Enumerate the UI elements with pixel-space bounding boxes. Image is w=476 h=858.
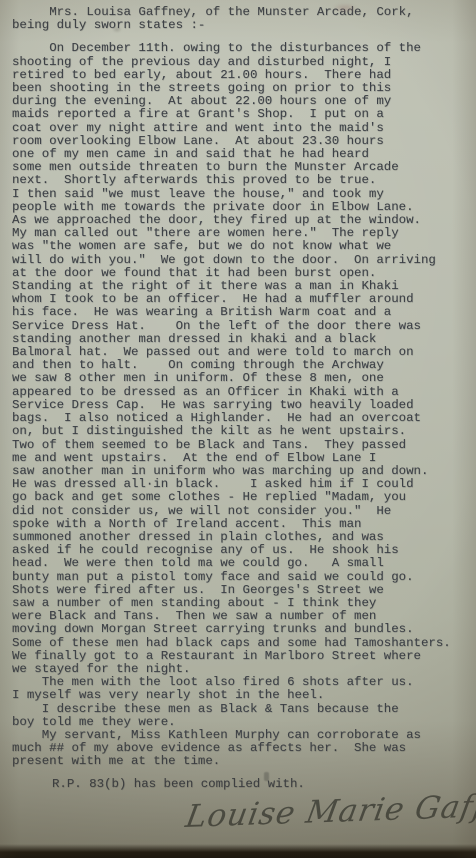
statement-paragraph-2: The men with the loot also fired 6 shots…	[12, 676, 472, 702]
document-photo: Mrs. Louisa Gaffney, of the Munster Arca…	[0, 0, 476, 858]
photo-edge	[0, 844, 476, 858]
compliance-note: R.P. 83(b) has been complied with.	[12, 778, 472, 791]
statement-paragraph-3: I describe these men as Black & Tans bec…	[12, 703, 472, 729]
statement-paragraph-1: On December 11th. owing to the disturban…	[12, 42, 472, 676]
statement-paragraph-4: My servant, Miss Kathleen Murphy can cor…	[12, 729, 472, 769]
statement-page: Mrs. Louisa Gaffney, of the Munster Arca…	[12, 6, 472, 791]
signature-handwriting: Louise Marie Gaffney	[183, 786, 476, 835]
statement-opening: Mrs. Louisa Gaffney, of the Munster Arca…	[12, 6, 472, 32]
